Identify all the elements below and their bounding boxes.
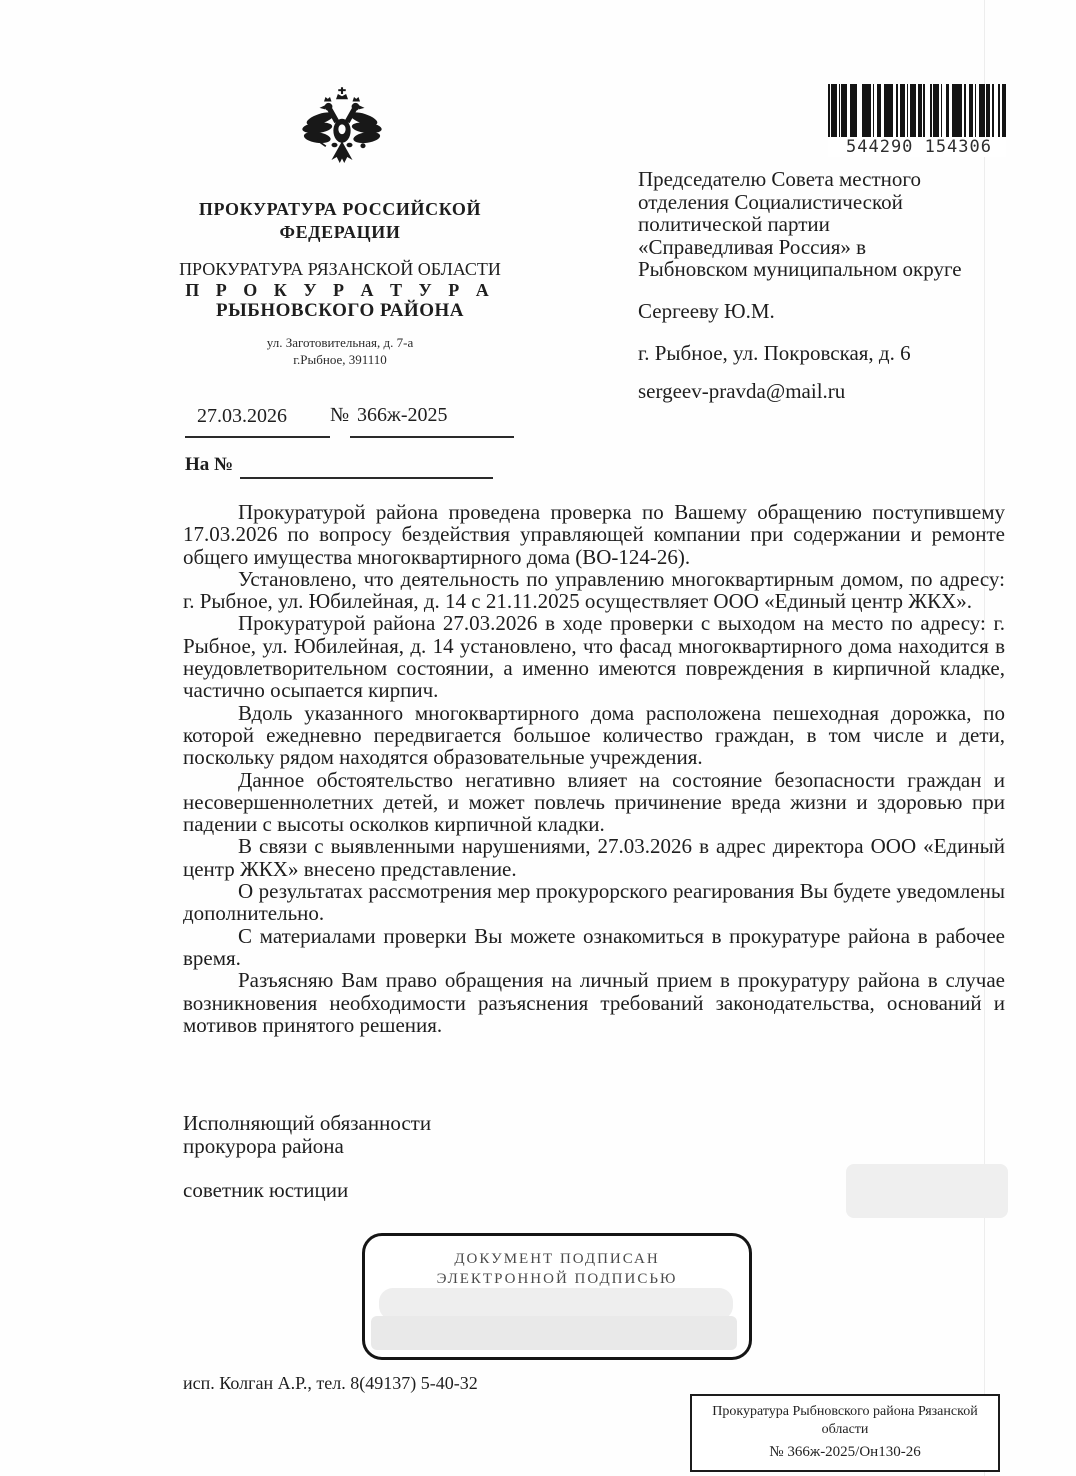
barcode-numbers: 544290 154306 [828, 137, 1006, 157]
body-paragraph: Вдоль указанного многоквартирного дома р… [183, 702, 1005, 769]
org-address-street: ул. Заготовительная, д. 7-а [172, 334, 508, 351]
signer-position-line1: Исполняющий обязанности [183, 1112, 431, 1135]
barcode-right-digits: 154306 [925, 137, 992, 157]
signature-block: Исполняющий обязанности прокурора района… [183, 1112, 431, 1202]
body-paragraph: Установлено, что деятельность по управле… [183, 568, 1005, 613]
body-paragraph: Разъясняю Вам право обращения на личный … [183, 969, 1005, 1036]
recipient-address: г. Рыбное, ул. Покровская, д. 6 [638, 342, 1076, 365]
body-paragraph: В связи с выявленными нарушениями, 27.03… [183, 835, 1005, 880]
body-paragraph: Прокуратурой района проведена проверка п… [183, 501, 1005, 568]
registration-number: № 366ж-2025/Он130-26 [704, 1444, 986, 1461]
incoming-number-underline [240, 477, 493, 479]
org-address-city: г.Рыбное, 391110 [172, 351, 508, 368]
registration-stamp-box: Прокуратура Рыбновского района Рязанской… [690, 1394, 1000, 1472]
number-underline [350, 436, 514, 438]
registration-org: Прокуратура Рыбновского района Рязанской… [704, 1403, 986, 1438]
org-office-district: РЫБНОВСКОГО РАЙОНА [172, 300, 508, 321]
signer-rank: советник юстиции [183, 1179, 431, 1202]
stamp-title: ДОКУМЕНТ ПОДПИСАН ЭЛЕКТРОННОЙ ПОДПИСЬЮ [365, 1249, 749, 1289]
letter-body: Прокуратурой района проведена проверка п… [183, 501, 1005, 1036]
scanned-letter-page: ПРОКУРАТУРА РОССИЙСКОЙ ФЕДЕРАЦИИ ПРОКУРА… [0, 0, 1076, 1476]
recipient-line: политической партии [638, 213, 1076, 236]
barcode: 544290 154306 [828, 84, 1006, 157]
number-sign: № [330, 404, 349, 427]
org-federation: ПРОКУРАТУРА РОССИЙСКОЙ ФЕДЕРАЦИИ [172, 198, 508, 244]
incoming-number-label: На № [185, 454, 233, 476]
recipient-name: Сергееву Ю.М. [638, 300, 1076, 323]
recipient-line: Рыбновском муниципальном округе [638, 258, 1076, 281]
stamp-title-line1: ДОКУМЕНТ ПОДПИСАН [365, 1249, 749, 1269]
org-office-word: П Р О К У Р А Т У Р А [172, 280, 508, 300]
recipient-line: «Справедливая Россия» в [638, 236, 1076, 259]
recipient-line: Председателю Совета местного [638, 168, 1076, 191]
electronic-signature-stamp: ДОКУМЕНТ ПОДПИСАН ЭЛЕКТРОННОЙ ПОДПИСЬЮ [362, 1233, 752, 1360]
barcode-left-digits: 544290 [846, 137, 913, 157]
letter-date: 27.03.2026 [197, 405, 287, 428]
barcode-icon [828, 84, 1006, 138]
letterhead: ПРОКУРАТУРА РОССИЙСКОЙ ФЕДЕРАЦИИ ПРОКУРА… [172, 198, 508, 368]
org-region: ПРОКУРАТУРА РЯЗАНСКОЙ ОБЛАСТИ [172, 259, 508, 280]
outgoing-number: 366ж-2025 [357, 404, 447, 427]
recipient-block: Председателю Совета местного отделения С… [638, 168, 1076, 403]
russia-coat-of-arms-icon [297, 86, 387, 186]
body-paragraph: С материалами проверки Вы можете ознаком… [183, 925, 1005, 970]
signer-position-line2: прокурора района [183, 1135, 431, 1158]
date-underline [185, 436, 330, 438]
body-paragraph: Прокуратурой района 27.03.2026 в ходе пр… [183, 612, 1005, 701]
body-paragraph: Данное обстоятельство негативно влияет н… [183, 769, 1005, 836]
redacted-signer-name [846, 1164, 1008, 1218]
executor-contact: исп. Колган А.Р., тел. 8(49137) 5-40-32 [183, 1373, 478, 1394]
recipient-email: sergeev-pravda@mail.ru [638, 380, 1076, 403]
recipient-line: отделения Социалистической [638, 191, 1076, 214]
body-paragraph: О результатах рассмотрения мер прокурорс… [183, 880, 1005, 925]
redacted-certificate-info [371, 1316, 737, 1350]
stamp-title-line2: ЭЛЕКТРОННОЙ ПОДПИСЬЮ [365, 1269, 749, 1289]
